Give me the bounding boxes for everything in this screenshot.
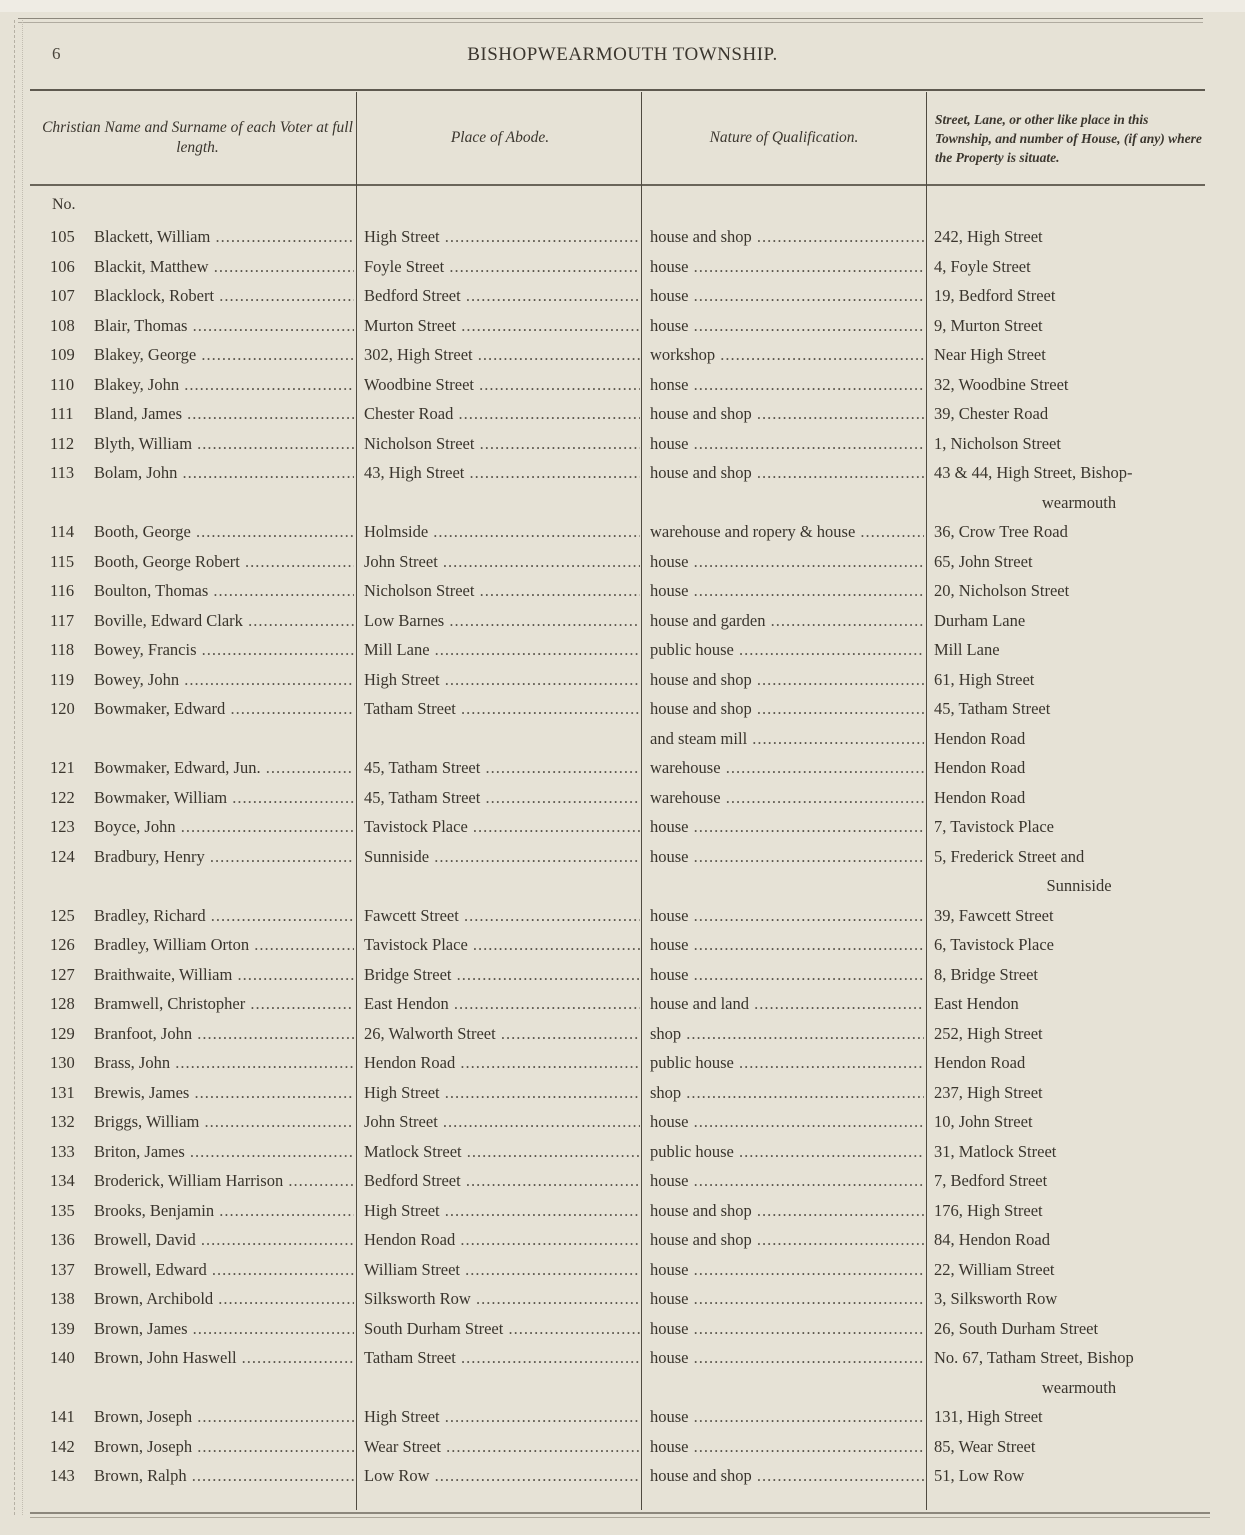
place-of-abode-text: High Street: [364, 670, 440, 689]
nature-of-qualification-text: house and shop: [650, 227, 752, 246]
voter-number: 107: [50, 281, 90, 311]
property-location-text: 4, Foyle Street: [934, 257, 1031, 276]
property-location-text: 252, High Street: [934, 1024, 1043, 1043]
place-of-abode: Hendon Road: [364, 1225, 640, 1255]
voter-name: Browell, Edward: [94, 1255, 354, 1285]
property-location-text: 84, Hendon Road: [934, 1230, 1050, 1249]
table-row: 137Browell, EdwardWilliam Streethouse22,…: [0, 1255, 1245, 1285]
voter-number: 122: [50, 783, 90, 813]
property-location-text: No. 67, Tatham Street, Bishop: [934, 1348, 1134, 1367]
property-location: 45, Tatham Street: [934, 694, 1224, 724]
nature-of-qualification: house and shop: [650, 1461, 924, 1491]
top-border-rule: [18, 18, 1203, 19]
voter-number-text: 107: [50, 286, 75, 305]
property-location: 20, Nicholson Street: [934, 576, 1224, 606]
property-location: 61, High Street: [934, 665, 1224, 695]
nature-of-qualification: house and shop: [650, 1225, 924, 1255]
voter-name-text: Blyth, William: [94, 434, 192, 453]
voter-number: 113: [50, 458, 90, 488]
voter-name-text: Bland, James: [94, 404, 182, 423]
property-location: 252, High Street: [934, 1019, 1224, 1049]
place-of-abode-text: Hendon Road: [364, 1053, 455, 1072]
place-of-abode: Low Barnes: [364, 606, 640, 636]
place-of-abode: High Street: [364, 665, 640, 695]
voter-name: Braithwaite, William: [94, 960, 354, 990]
nature-of-qualification-text: house: [650, 965, 689, 984]
voter-number: 119: [50, 665, 90, 695]
place-of-abode-text: High Street: [364, 227, 440, 246]
voter-name-text: Booth, George: [94, 522, 191, 541]
property-location-continued-text: Sunniside: [1046, 876, 1111, 895]
nature-of-qualification-text: house: [650, 581, 689, 600]
voter-name-text: Blacklock, Robert: [94, 286, 214, 305]
number-column-label: No.: [52, 196, 76, 214]
property-location-text: Durham Lane: [934, 611, 1025, 630]
nature-of-qualification-text: workshop: [650, 345, 715, 364]
place-of-abode: Nicholson Street: [364, 429, 640, 459]
place-of-abode: Bedford Street: [364, 1166, 640, 1196]
nature-of-qualification: house and shop: [650, 458, 924, 488]
property-location-text: 39, Chester Road: [934, 404, 1048, 423]
voter-name-text: Bradley, William Orton: [94, 935, 249, 954]
table-row: 112Blyth, WilliamNicholson Streethouse1,…: [0, 429, 1245, 459]
table-row: 122Bowmaker, William45, Tatham Streetwar…: [0, 783, 1245, 813]
place-of-abode-text: Foyle Street: [364, 257, 444, 276]
voter-number-text: 116: [50, 581, 74, 600]
table-row-continuation: wearmouth: [0, 488, 1245, 518]
voter-number: 134: [50, 1166, 90, 1196]
place-of-abode-text: 302, High Street: [364, 345, 473, 364]
place-of-abode: Tatham Street: [364, 1343, 640, 1373]
nature-of-qualification-text: honse: [650, 375, 689, 394]
voter-name: Blair, Thomas: [94, 311, 354, 341]
voter-name: Blyth, William: [94, 429, 354, 459]
table-row: 130Brass, JohnHendon Roadpublic houseHen…: [0, 1048, 1245, 1078]
table-row: 140Brown, John HaswellTatham Streethouse…: [0, 1343, 1245, 1373]
nature-of-qualification: house: [650, 930, 924, 960]
voter-name: Bowey, John: [94, 665, 354, 695]
property-location-text: 1, Nicholson Street: [934, 434, 1061, 453]
voter-number-text: 118: [50, 640, 74, 659]
voter-name-text: Broderick, William Harrison: [94, 1171, 283, 1190]
table-row: 131Brewis, JamesHigh Streetshop237, High…: [0, 1078, 1245, 1108]
place-of-abode-text: William Street: [364, 1260, 460, 1279]
table-row: 128Bramwell, ChristopherEast Hendonhouse…: [0, 989, 1245, 1019]
voter-name: Broderick, William Harrison: [94, 1166, 354, 1196]
table-row: 109Blakey, George302, High Streetworksho…: [0, 340, 1245, 370]
voter-name-text: Briton, James: [94, 1142, 185, 1161]
voter-number-text: 130: [50, 1053, 75, 1072]
property-location: 39, Fawcett Street: [934, 901, 1224, 931]
voter-number-text: 141: [50, 1407, 75, 1426]
property-location: 9, Murton Street: [934, 311, 1224, 341]
nature-of-qualification-text: house and shop: [650, 1230, 752, 1249]
voter-name: Browell, David: [94, 1225, 354, 1255]
voter-name-text: Bowmaker, Edward, Jun.: [94, 758, 261, 777]
nature-of-qualification-text: house: [650, 847, 689, 866]
nature-of-qualification-continued-text: and steam mill: [650, 729, 747, 748]
voter-name: Briton, James: [94, 1137, 354, 1167]
nature-of-qualification: house and garden: [650, 606, 924, 636]
place-of-abode-text: Bridge Street: [364, 965, 452, 984]
voter-name: Bowmaker, William: [94, 783, 354, 813]
voter-name-text: Bramwell, Christopher: [94, 994, 245, 1013]
nature-of-qualification-text: house and garden: [650, 611, 765, 630]
voter-number-text: 132: [50, 1112, 75, 1131]
voter-number-text: 125: [50, 906, 75, 925]
table-row: 124Bradbury, HenrySunnisidehouse5, Frede…: [0, 842, 1245, 872]
property-location-text: 131, High Street: [934, 1407, 1043, 1426]
voter-number: 130: [50, 1048, 90, 1078]
voter-number: 133: [50, 1137, 90, 1167]
voter-name: Branfoot, John: [94, 1019, 354, 1049]
voter-number: 136: [50, 1225, 90, 1255]
property-location: 19, Bedford Street: [934, 281, 1224, 311]
place-of-abode: Nicholson Street: [364, 576, 640, 606]
voter-number: 137: [50, 1255, 90, 1285]
property-location: 7, Tavistock Place: [934, 812, 1224, 842]
voter-name: Bramwell, Christopher: [94, 989, 354, 1019]
property-location-text: 36, Crow Tree Road: [934, 522, 1068, 541]
place-of-abode-text: Hendon Road: [364, 1230, 455, 1249]
place-of-abode-text: Silksworth Row: [364, 1289, 471, 1308]
nature-of-qualification: house: [650, 547, 924, 577]
property-location-text: 6, Tavistock Place: [934, 935, 1054, 954]
voter-number-text: 126: [50, 935, 75, 954]
voter-number: 116: [50, 576, 90, 606]
property-location-continued-text: wearmouth: [1042, 493, 1116, 512]
nature-of-qualification-text: house: [650, 1319, 689, 1338]
place-of-abode: Bridge Street: [364, 960, 640, 990]
nature-of-qualification: shop: [650, 1078, 924, 1108]
voter-name: Brown, Joseph: [94, 1432, 354, 1462]
property-location-text: 65, John Street: [934, 552, 1033, 571]
property-location-continued: Hendon Road: [934, 724, 1224, 754]
voter-number-text: 115: [50, 552, 74, 571]
nature-of-qualification-text: public house: [650, 640, 734, 659]
nature-of-qualification-text: house: [650, 434, 689, 453]
property-location-text: 45, Tatham Street: [934, 699, 1050, 718]
header-bottom-rule: [30, 184, 1205, 186]
place-of-abode-text: Nicholson Street: [364, 434, 474, 453]
property-location-text: 237, High Street: [934, 1083, 1043, 1102]
place-of-abode-text: High Street: [364, 1407, 440, 1426]
nature-of-qualification-text: house: [650, 1112, 689, 1131]
voter-name-text: Braithwaite, William: [94, 965, 232, 984]
place-of-abode: South Durham Street: [364, 1314, 640, 1344]
nature-of-qualification-text: house and shop: [650, 699, 752, 718]
property-location-text: 26, South Durham Street: [934, 1319, 1098, 1338]
property-location-text: 39, Fawcett Street: [934, 906, 1054, 925]
voter-name-text: Blakey, George: [94, 345, 196, 364]
property-location-text: 32, Woodbine Street: [934, 375, 1068, 394]
table-row: 136Browell, DavidHendon Roadhouse and sh…: [0, 1225, 1245, 1255]
nature-of-qualification: house and land: [650, 989, 924, 1019]
voter-number: 111: [50, 399, 90, 429]
property-location: 10, John Street: [934, 1107, 1224, 1137]
property-location-continued: Sunniside: [934, 871, 1224, 901]
voter-number: 142: [50, 1432, 90, 1462]
voter-number-text: 137: [50, 1260, 75, 1279]
property-location: 242, High Street: [934, 222, 1224, 252]
voter-name: Boyce, John: [94, 812, 354, 842]
place-of-abode-text: High Street: [364, 1083, 440, 1102]
voter-number: 138: [50, 1284, 90, 1314]
place-of-abode: 26, Walworth Street: [364, 1019, 640, 1049]
voter-number: 125: [50, 901, 90, 931]
property-location: 1, Nicholson Street: [934, 429, 1224, 459]
voter-number: 128: [50, 989, 90, 1019]
place-of-abode: Hendon Road: [364, 1048, 640, 1078]
property-location-text: 31, Matlock Street: [934, 1142, 1056, 1161]
place-of-abode-text: John Street: [364, 1112, 438, 1131]
nature-of-qualification-text: house: [650, 906, 689, 925]
nature-of-qualification-text: house: [650, 817, 689, 836]
voter-number: 106: [50, 252, 90, 282]
voter-name-text: Bowey, John: [94, 670, 179, 689]
nature-of-qualification: house and shop: [650, 1196, 924, 1226]
voter-name: Brown, John Haswell: [94, 1343, 354, 1373]
bottom-border-rule-inner: [30, 1517, 1210, 1518]
nature-of-qualification-text: house and shop: [650, 404, 752, 423]
nature-of-qualification: house: [650, 1255, 924, 1285]
voter-name-text: Brown, Ralph: [94, 1466, 187, 1485]
property-location-text: Hendon Road: [934, 1053, 1025, 1072]
property-location: 237, High Street: [934, 1078, 1224, 1108]
property-location: No. 67, Tatham Street, Bishop: [934, 1343, 1224, 1373]
voter-number: 139: [50, 1314, 90, 1344]
voter-number: 114: [50, 517, 90, 547]
property-location-text: 20, Nicholson Street: [934, 581, 1069, 600]
nature-of-qualification: house: [650, 1402, 924, 1432]
voter-number-text: 142: [50, 1437, 75, 1456]
place-of-abode-text: Tavistock Place: [364, 817, 468, 836]
table-row: 105Blackett, WilliamHigh Streethouse and…: [0, 222, 1245, 252]
voter-name: Booth, George Robert: [94, 547, 354, 577]
voter-name: Bradbury, Henry: [94, 842, 354, 872]
voter-name: Blacklock, Robert: [94, 281, 354, 311]
nature-of-qualification: public house: [650, 1137, 924, 1167]
nature-of-qualification-text: house: [650, 1260, 689, 1279]
voter-name: Bowmaker, Edward, Jun.: [94, 753, 354, 783]
voter-name: Boville, Edward Clark: [94, 606, 354, 636]
place-of-abode: Chester Road: [364, 399, 640, 429]
voter-number: 143: [50, 1461, 90, 1491]
voter-number-text: 138: [50, 1289, 75, 1308]
voter-number-text: 134: [50, 1171, 75, 1190]
page-top-edge: [0, 0, 1245, 12]
table-row: 110Blakey, JohnWoodbine Streethonse32, W…: [0, 370, 1245, 400]
nature-of-qualification: house: [650, 812, 924, 842]
nature-of-qualification-text: shop: [650, 1083, 681, 1102]
table-row: 141Brown, JosephHigh Streethouse131, Hig…: [0, 1402, 1245, 1432]
place-of-abode: Woodbine Street: [364, 370, 640, 400]
place-of-abode-text: Tavistock Place: [364, 935, 468, 954]
voter-number-text: 120: [50, 699, 75, 718]
voter-name-text: Bowmaker, William: [94, 788, 227, 807]
voter-number: 109: [50, 340, 90, 370]
voter-name-text: Bradbury, Henry: [94, 847, 205, 866]
property-location: East Hendon: [934, 989, 1224, 1019]
property-location: 6, Tavistock Place: [934, 930, 1224, 960]
nature-of-qualification-text: warehouse: [650, 788, 721, 807]
voter-name-text: Brown, Archibold: [94, 1289, 213, 1308]
place-of-abode: Tavistock Place: [364, 930, 640, 960]
place-of-abode-text: Low Row: [364, 1466, 430, 1485]
place-of-abode-text: Mill Lane: [364, 640, 430, 659]
voter-number: 127: [50, 960, 90, 990]
place-of-abode-text: Fawcett Street: [364, 906, 459, 925]
nature-of-qualification: house: [650, 311, 924, 341]
voter-name: Boulton, Thomas: [94, 576, 354, 606]
nature-of-qualification: warehouse and ropery & house: [650, 517, 924, 547]
voter-name: Bradley, William Orton: [94, 930, 354, 960]
voter-number: 131: [50, 1078, 90, 1108]
nature-of-qualification: warehouse: [650, 783, 924, 813]
nature-of-qualification-text: public house: [650, 1142, 734, 1161]
voter-number: 126: [50, 930, 90, 960]
nature-of-qualification-text: house and shop: [650, 463, 752, 482]
header-name: Christian Name and Surname of each Voter…: [40, 92, 355, 184]
property-location-text: Mill Lane: [934, 640, 1000, 659]
place-of-abode-text: Tatham Street: [364, 699, 456, 718]
table-row: 135Brooks, BenjaminHigh Streethouse and …: [0, 1196, 1245, 1226]
nature-of-qualification: house and shop: [650, 694, 924, 724]
property-location: 85, Wear Street: [934, 1432, 1224, 1462]
nature-of-qualification-text: house: [650, 1437, 689, 1456]
voter-name: Bowmaker, Edward: [94, 694, 354, 724]
property-location: 84, Hendon Road: [934, 1225, 1224, 1255]
voter-name-text: Bradley, Richard: [94, 906, 206, 925]
table-top-rule: [30, 89, 1205, 91]
top-border-rule-inner: [18, 22, 1203, 23]
property-location: 65, John Street: [934, 547, 1224, 577]
voter-number: 105: [50, 222, 90, 252]
nature-of-qualification-continued: and steam mill: [650, 724, 924, 754]
voter-name: Brooks, Benjamin: [94, 1196, 354, 1226]
place-of-abode: Bedford Street: [364, 281, 640, 311]
place-of-abode: Fawcett Street: [364, 901, 640, 931]
property-location: 3, Silksworth Row: [934, 1284, 1224, 1314]
voter-name: Blakey, George: [94, 340, 354, 370]
voter-name-text: Brown, Joseph: [94, 1437, 192, 1456]
voter-number-text: 111: [50, 404, 74, 423]
nature-of-qualification: house: [650, 281, 924, 311]
table-row-continuation: and steam millHendon Road: [0, 724, 1245, 754]
table-row: 132Briggs, WilliamJohn Streethouse10, Jo…: [0, 1107, 1245, 1137]
property-location: 39, Chester Road: [934, 399, 1224, 429]
table-row: 139Brown, JamesSouth Durham Streethouse2…: [0, 1314, 1245, 1344]
voter-number-text: 129: [50, 1024, 75, 1043]
property-location: 5, Frederick Street and: [934, 842, 1224, 872]
property-location: 51, Low Row: [934, 1461, 1224, 1491]
voter-name: Bradley, Richard: [94, 901, 354, 931]
place-of-abode: 45, Tatham Street: [364, 753, 640, 783]
nature-of-qualification: shop: [650, 1019, 924, 1049]
voter-number-text: 135: [50, 1201, 75, 1220]
place-of-abode: High Street: [364, 1078, 640, 1108]
table-row: 133Briton, JamesMatlock Streetpublic hou…: [0, 1137, 1245, 1167]
voter-number: 141: [50, 1402, 90, 1432]
voter-name: Blackit, Matthew: [94, 252, 354, 282]
voter-name: Briggs, William: [94, 1107, 354, 1137]
nature-of-qualification: house: [650, 1343, 924, 1373]
voter-name: Bolam, John: [94, 458, 354, 488]
header-qualification: Nature of Qualification.: [643, 92, 925, 184]
nature-of-qualification: house: [650, 252, 924, 282]
table-row: 143Brown, RalphLow Rowhouse and shop51, …: [0, 1461, 1245, 1491]
property-location: 43 & 44, High Street, Bishop-: [934, 458, 1224, 488]
voter-name-text: Boulton, Thomas: [94, 581, 208, 600]
property-location-text: 7, Tavistock Place: [934, 817, 1054, 836]
place-of-abode-text: Bedford Street: [364, 1171, 461, 1190]
property-location-text: 61, High Street: [934, 670, 1034, 689]
voter-name-text: Brass, John: [94, 1053, 170, 1072]
nature-of-qualification-text: shop: [650, 1024, 681, 1043]
place-of-abode: Low Row: [364, 1461, 640, 1491]
voter-number: 108: [50, 311, 90, 341]
table-row: 107Blacklock, RobertBedford Streethouse1…: [0, 281, 1245, 311]
table-row: 120Bowmaker, EdwardTatham Streethouse an…: [0, 694, 1245, 724]
voter-name: Booth, George: [94, 517, 354, 547]
table-row: 111Bland, JamesChester Roadhouse and sho…: [0, 399, 1245, 429]
voter-name: Brown, Joseph: [94, 1402, 354, 1432]
place-of-abode: Murton Street: [364, 311, 640, 341]
place-of-abode-text: 45, Tatham Street: [364, 758, 480, 777]
voter-number-text: 105: [50, 227, 75, 246]
voter-name-text: Brooks, Benjamin: [94, 1201, 214, 1220]
property-location: 7, Bedford Street: [934, 1166, 1224, 1196]
table-row: 114Booth, GeorgeHolmsidewarehouse and ro…: [0, 517, 1245, 547]
voter-number: 115: [50, 547, 90, 577]
voter-number-text: 117: [50, 611, 74, 630]
nature-of-qualification: house and shop: [650, 665, 924, 695]
voter-name: Brewis, James: [94, 1078, 354, 1108]
place-of-abode: High Street: [364, 1196, 640, 1226]
place-of-abode-text: High Street: [364, 1201, 440, 1220]
voter-name: Blackett, William: [94, 222, 354, 252]
property-location-text: 176, High Street: [934, 1201, 1043, 1220]
table-row: 113Bolam, John43, High Streethouse and s…: [0, 458, 1245, 488]
voter-number: 129: [50, 1019, 90, 1049]
property-location-text: Hendon Road: [934, 758, 1025, 777]
voter-number-text: 140: [50, 1348, 75, 1367]
place-of-abode-text: South Durham Street: [364, 1319, 503, 1338]
voter-number-text: 127: [50, 965, 75, 984]
table-row: 126Bradley, William OrtonTavistock Place…: [0, 930, 1245, 960]
place-of-abode: East Hendon: [364, 989, 640, 1019]
voter-name: Blakey, John: [94, 370, 354, 400]
table-row: 134Broderick, William HarrisonBedford St…: [0, 1166, 1245, 1196]
property-location-text: 3, Silksworth Row: [934, 1289, 1057, 1308]
place-of-abode: John Street: [364, 547, 640, 577]
nature-of-qualification-text: house: [650, 316, 689, 335]
voter-number: 121: [50, 753, 90, 783]
place-of-abode-text: Holmside: [364, 522, 428, 541]
place-of-abode: Wear Street: [364, 1432, 640, 1462]
place-of-abode-text: Bedford Street: [364, 286, 461, 305]
place-of-abode-text: Chester Road: [364, 404, 453, 423]
property-location-text: 5, Frederick Street and: [934, 847, 1084, 866]
property-location: 22, William Street: [934, 1255, 1224, 1285]
voter-number: 118: [50, 635, 90, 665]
place-of-abode-text: 43, High Street: [364, 463, 464, 482]
nature-of-qualification-text: house: [650, 552, 689, 571]
property-location: Mill Lane: [934, 635, 1224, 665]
voter-number-text: 136: [50, 1230, 75, 1249]
property-location: Hendon Road: [934, 753, 1224, 783]
voter-name-text: Blair, Thomas: [94, 316, 187, 335]
